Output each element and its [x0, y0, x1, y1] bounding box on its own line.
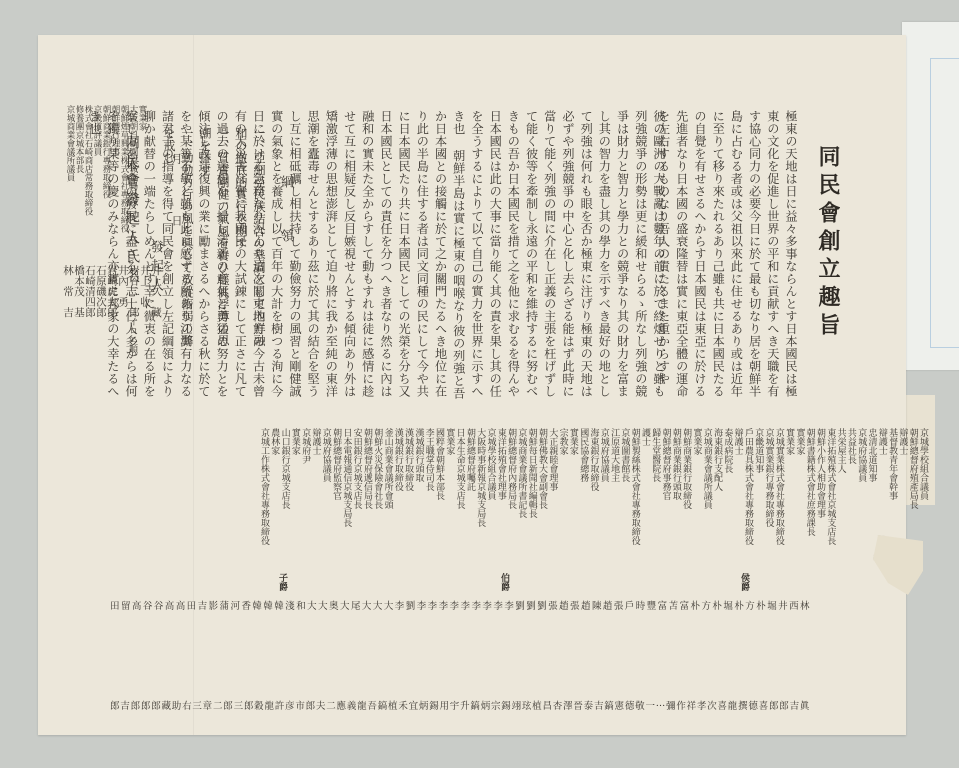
member-title: 朝鮮每日新聞社編輯長 [527, 428, 537, 518]
member-surname: 劉 [406, 598, 416, 612]
member-surname: 朴 [712, 598, 722, 612]
member-given-final: 撰 [738, 698, 748, 712]
member-title: 忠淸北道知事 [867, 428, 877, 482]
member-title: 實業家 [568, 428, 578, 455]
member-surname: 大 [307, 598, 317, 612]
member-surname: 淺 [285, 598, 295, 612]
member-surname: 戶 [625, 598, 635, 612]
lower-surnames-row: 林西井堀朴方朴堀朴方朴富苫富豐時戶張趙陳趙張趙張劉劉劉李李李李李李李李李劉李大大… [110, 598, 810, 612]
member-given-final: 玹 [522, 698, 532, 712]
founder-name: 井上 收 [139, 265, 151, 307]
member-title: 漢城銀行取締役 [393, 428, 403, 491]
member-surname: 吉 [198, 598, 208, 612]
member-given-final: 市 [295, 698, 305, 712]
founder-name: 井內 勇 [117, 265, 129, 307]
member-given-final: 錫 [429, 698, 439, 712]
back-sheet-frame [930, 58, 959, 348]
member-surname: 李 [461, 598, 471, 612]
member-title: 京城工作株式會社專務取締役 [259, 428, 269, 545]
member-title: 辯護士 [897, 428, 907, 455]
member-surname: 谷 [143, 598, 153, 612]
member-given-final: 彦 [285, 698, 295, 712]
member-surname: 西 [789, 598, 799, 612]
member-title: 辯護士 [310, 428, 320, 455]
member-given-final: 許 [275, 698, 285, 712]
member-surname: 朴 [691, 598, 701, 612]
member-given-final: 郎 [769, 698, 779, 712]
member-title: 實業家 [444, 428, 454, 455]
member-given-final: 二 [326, 698, 336, 712]
member-surname: 高 [165, 598, 175, 612]
member-surname: 張 [570, 598, 580, 612]
founder-title: 修養團京城本部長 [74, 105, 84, 173]
member-title: 京城府尹 [300, 428, 310, 464]
member-given-final: 炳 [419, 698, 429, 712]
member-given-final: 郎 [131, 698, 141, 712]
member-surname: 和 [296, 598, 306, 612]
member-surname: 河 [230, 598, 240, 612]
member-surname: 李 [417, 598, 427, 612]
member-given-final: 德 [625, 698, 635, 712]
member-given-final: 禾 [398, 698, 408, 712]
member-title: 朝鮮商業銀行取締役 [681, 428, 691, 509]
member-given-final: 作 [676, 698, 686, 712]
founder-title: 株式會社石崎商店常務取締役 [83, 105, 93, 216]
member-title: 大阪時事新報京城支局長 [475, 428, 485, 527]
member-given-final: 郎 [223, 698, 233, 712]
prospectus-paragraph-1: 極東の天地は日に益々多事ならんとす日本國民は極東の文化を促進し世界の平和に貢献す… [670, 110, 800, 405]
member-given-final: 龍 [264, 698, 274, 712]
member-surname: 井 [778, 598, 788, 612]
member-surname: 方 [701, 598, 711, 612]
member-title: 國民協會總務 [578, 428, 588, 482]
member-surname: 李 [493, 598, 503, 612]
member-given-final: 翊 [512, 698, 522, 712]
member-given-final: 吾 [367, 698, 377, 712]
member-surname: 韓 [263, 598, 273, 612]
founder-title: 實業家 [137, 105, 147, 131]
member-given-final: 昌 [542, 698, 552, 712]
member-title: 基督教青年會幹事 [887, 428, 897, 500]
member-title: 京城府協議員 [856, 428, 866, 482]
member-surname: 趙 [559, 598, 569, 612]
member-title: 朝鮮火災保險會社長 [372, 428, 382, 509]
member-title: 戶田農具株式會社專務取締役 [743, 428, 753, 545]
member-given-final: 彌 [666, 698, 676, 712]
member-given-final: 藏 [161, 698, 171, 712]
member-surname: 朴 [734, 598, 744, 612]
member-title: 日本電報通信京城支局長 [341, 428, 351, 527]
member-surname: 李 [439, 598, 449, 612]
member-given-final: 郎 [306, 698, 316, 712]
date-line: 月 日 [168, 153, 184, 246]
member-surname: 李 [395, 598, 405, 612]
founder-title: 大阪朝日新聞京城支局長 [128, 105, 138, 199]
member-surname: 陳 [592, 598, 602, 612]
member-given-final: 憲 [615, 698, 625, 712]
platform-item: 一、質實剛健の氣風を養ひ輕佻浮薄の思潮を排す [196, 127, 232, 357]
member-given-final: 次 [707, 698, 717, 712]
member-given-final: 喜 [718, 698, 728, 712]
member-given-final: 吉 [790, 698, 800, 712]
member-title: 海東銀行支配人 [712, 428, 722, 491]
member-title: 朝鮮總督府監察官 [331, 428, 341, 500]
member-title: 歸生堂醫院長 [650, 428, 660, 482]
member-title: 京城實業株式會社專務取締役 [774, 428, 784, 545]
member-given-final: 右 [182, 698, 192, 712]
member-given-final: 郎 [151, 698, 161, 712]
member-surname: 韓 [252, 598, 262, 612]
member-title: 朝鮮總督府囑託 [465, 428, 475, 491]
member-given-final: 三 [234, 698, 244, 712]
member-title: 辯護士 [733, 428, 743, 455]
founder-name: 岩谷二 郎 [128, 265, 140, 318]
member-surname: 大 [340, 598, 350, 612]
member-surname: 趙 [581, 598, 591, 612]
member-given-final: 鎬 [470, 698, 480, 712]
lower-given-names-row: 眞吉郎郎喜德撰龍喜次孝祥作彌…一敬德憲鎬吉泰晉澤杏昌植玹翊錫宗炳鎬升宇用錫炳宜禾… [110, 698, 810, 712]
member-given-final: 眞 [800, 698, 810, 712]
member-surname: 張 [548, 598, 558, 612]
member-surname: 張 [614, 598, 624, 612]
member-given-final: 龍 [728, 698, 738, 712]
member-surname: 大 [373, 598, 383, 612]
lower-titles-list: 京城學校組合議員朝鮮總督府殖產局長辯護士基督教青年會幹事辯護士忠淸北道知事京城府… [108, 428, 928, 598]
member-surname: 李 [471, 598, 481, 612]
founder-title: 京畿道評議員 [92, 105, 102, 156]
member-title: 安田銀行京城支店長 [352, 428, 362, 509]
member-given-final: 龍 [357, 698, 367, 712]
member-title: 共益社長 [846, 428, 856, 464]
prospectus-paragraph-2: 彼の歐洲の大戰亂は數年の前に於て終熄せりと雖も列強競爭の形勢は更に緩和せらるゝ所… [452, 110, 666, 398]
member-title: 朝鮮小作人相助會理事 [815, 428, 825, 518]
member-given-final: 郎 [110, 698, 120, 712]
member-title: 實業家 [784, 428, 794, 455]
member-title: 京城商業會議所議員 [702, 428, 712, 509]
member-given-final: 鎬 [604, 698, 614, 712]
member-title: 釜山商業會議所會頭 [383, 428, 393, 509]
member-surname: 堀 [767, 598, 777, 612]
founder-name: 橋本茂 基 [73, 265, 85, 318]
member-surname: 堀 [723, 598, 733, 612]
member-surname: 谷 [154, 598, 164, 612]
member-title: 京城府協議員 [599, 428, 609, 482]
member-given-final: 泰 [584, 698, 594, 712]
member-given-final: 宜 [409, 698, 419, 712]
member-given-final: 一 [645, 698, 655, 712]
platform-heading: 綱 領 [276, 175, 295, 256]
member-title: 京城商業會議所書記長 [516, 428, 526, 518]
member-title: 大正親睦會理事 [547, 428, 557, 491]
founder-name: 石原磯次郎 [95, 265, 107, 318]
member-title: 朝鮮商業銀行頭取 [671, 428, 681, 500]
member-surname: 李 [450, 598, 460, 612]
founder-title: 朝鮮銀行理事 [110, 105, 120, 156]
member-title: 國粹會朝鮮本部長 [434, 428, 444, 500]
member-title: 東洋拓殖株式會社京城支店長 [825, 428, 835, 545]
founder-name: 岩崎虎太郎 [106, 265, 118, 318]
member-given-final: 章 [203, 698, 213, 712]
member-title: 東洋拓殖會社理事 [496, 428, 506, 500]
member-given-final: 二 [213, 698, 223, 712]
member-title: 實業家 [691, 428, 701, 455]
member-given-final: 義 [347, 698, 357, 712]
member-given-final: 植 [532, 698, 542, 712]
member-title: 朝鮮書籍株式會社庶務課長 [805, 428, 815, 536]
member-given-final: 喜 [759, 698, 769, 712]
member-surname: 高 [176, 598, 186, 612]
member-surname: 李 [428, 598, 438, 612]
member-surname: 富 [680, 598, 690, 612]
founders-names: 井上久 藏 井上 收 岩谷二 郎 井內 勇 岩崎虎太郎 石原磯次郎 石崎清四郎 … [76, 265, 161, 405]
member-title: 京城實業銀行專務取締役 [764, 428, 774, 527]
member-given-final: 宇 [450, 698, 460, 712]
member-given-final: 應 [337, 698, 347, 712]
member-given-final: 孝 [697, 698, 707, 712]
member-given-final: 宗 [491, 698, 501, 712]
member-surname: 方 [745, 598, 755, 612]
member-title: 實業家 [794, 428, 804, 455]
member-given-final: 晉 [573, 698, 583, 712]
member-surname: 時 [636, 598, 646, 612]
member-title: 京城府協議員 [321, 428, 331, 482]
member-surname: 田 [110, 598, 120, 612]
member-title: 朝鮮佛教大會副會長 [537, 428, 547, 509]
rank-marker-viscount: 子爵 [276, 573, 289, 591]
member-given-final: 祥 [687, 698, 697, 712]
member-surname: 田 [187, 598, 197, 612]
member-given-final: 郎 [244, 698, 254, 712]
member-title: 日本生命京城支店長 [455, 428, 465, 509]
member-surname: 李 [482, 598, 492, 612]
member-title: 山口銀行京城支店長 [280, 428, 290, 509]
member-given-final: 植 [388, 698, 398, 712]
rank-marker-marquis: 侯爵 [738, 573, 751, 591]
prospectus-paragraph-2-3: 彼の歐洲の大戰亂は數年の前に於て終熄せりと雖も列強競爭の形勢は更に緩和せらるゝ所… [328, 110, 668, 405]
member-title: 朝鮮總督府事務官 [661, 428, 671, 500]
platform-item: 一、亞細亞民族結合の基調として內鮮融和の徹底的實行を期す [232, 127, 268, 357]
member-given-final: 敬 [635, 698, 645, 712]
member-title: 農林家 [269, 428, 279, 455]
member-given-final: 升 [460, 698, 470, 712]
member-surname: 香 [241, 598, 251, 612]
member-surname: 大 [384, 598, 394, 612]
member-surname: 朴 [756, 598, 766, 612]
member-given-final: 夫 [316, 698, 326, 712]
member-surname: 林 [800, 598, 810, 612]
member-title: 實業家 [290, 428, 300, 455]
member-title: 辯護士 [877, 428, 887, 455]
member-title: 京城學校組合議員 [918, 428, 928, 500]
document-page: 同民會創立趣旨 極東の天地は日に益々多事ならんとす日本國民は極東の文化を促進し世… [38, 35, 906, 735]
member-title: 朝鮮總督府殖產局長 [908, 428, 918, 509]
member-surname: 劉 [515, 598, 525, 612]
member-title: 京城圖書館長 [619, 428, 629, 482]
member-title: 朝鮮總督府內務局長 [506, 428, 516, 509]
member-surname: 影 [209, 598, 219, 612]
member-title: 京畿道知事 [753, 428, 763, 473]
member-title: 李王職掌侍司長 [424, 428, 434, 491]
member-given-final: 炳 [481, 698, 491, 712]
platform-list: 一、亞細亞民族結合の基調として內鮮融和の徹底的實行を期す 一、質實剛健の氣風を養… [188, 127, 268, 357]
member-given-final: 郎 [779, 698, 789, 712]
member-surname: 劉 [537, 598, 547, 612]
member-given-final: 用 [440, 698, 450, 712]
member-surname: 留 [121, 598, 131, 612]
member-title: 京城學校組合議員 [486, 428, 496, 500]
member-surname: 大 [318, 598, 328, 612]
member-title: 護士 [640, 428, 650, 446]
member-given-final: 德 [748, 698, 758, 712]
member-surname: 韓 [274, 598, 284, 612]
member-surname: 蒲 [220, 598, 230, 612]
member-surname: 大 [362, 598, 372, 612]
member-given-final: 吉 [594, 698, 604, 712]
member-given-final: 錫 [501, 698, 511, 712]
member-title: 泰成病院長 [722, 428, 732, 473]
founder-title: 朝鮮商業銀行專務取締役 [101, 105, 111, 199]
founder-title: 京城商業會議所議員 [65, 105, 75, 182]
member-given-final: 杏 [553, 698, 563, 712]
member-surname: 高 [132, 598, 142, 612]
founder-title: 朝鮮煙草興業株式會社專務取締役 [119, 105, 129, 233]
member-surname: 奥 [329, 598, 339, 612]
member-given-final: 郎 [141, 698, 151, 712]
member-title: 江原道大地主 [609, 428, 619, 482]
member-surname: 李 [504, 598, 514, 612]
member-surname: 苫 [669, 598, 679, 612]
founder-name: 林 常 吉 [62, 265, 74, 318]
member-surname: 豐 [647, 598, 657, 612]
founders-titles: 實業家 大阪朝日新聞京城支局長 朝鮮煙草興業株式會社專務取締役 朝鮮銀行理事 朝… [36, 105, 146, 260]
member-surname: 富 [658, 598, 668, 612]
member-given-final: 助 [172, 698, 182, 712]
founder-name: 石崎清四郎 [84, 265, 96, 318]
member-surname: 趙 [603, 598, 613, 612]
member-given-final: 鎬 [378, 698, 388, 712]
member-title: 海東銀行取締役 [589, 428, 599, 491]
member-surname: 尾 [351, 598, 361, 612]
founder-name: 井上久 藏 [150, 265, 162, 318]
member-title: 宗教家 [558, 428, 568, 455]
member-title: 朝鮮總督府遞信局長 [362, 428, 372, 509]
member-title: 漢城銀行取締役 [403, 428, 413, 491]
member-given-final: 三 [192, 698, 202, 712]
member-title: 漢城銀行頭取 [413, 428, 423, 482]
member-title: 共栄屋主人 [836, 428, 846, 473]
member-given-final: 穀 [254, 698, 264, 712]
member-given-final: … [656, 698, 666, 712]
member-given-final: 澤 [563, 698, 573, 712]
document-title: 同民會創立趣旨 [813, 145, 844, 341]
member-given-final: 吉 [120, 698, 130, 712]
back-sheet: 大正十二年度同民會 [902, 22, 959, 370]
rank-marker-count: 伯爵 [498, 573, 511, 591]
member-title: 朝鮮製絲株式會社專務取締役 [630, 428, 640, 545]
member-surname: 劉 [526, 598, 536, 612]
